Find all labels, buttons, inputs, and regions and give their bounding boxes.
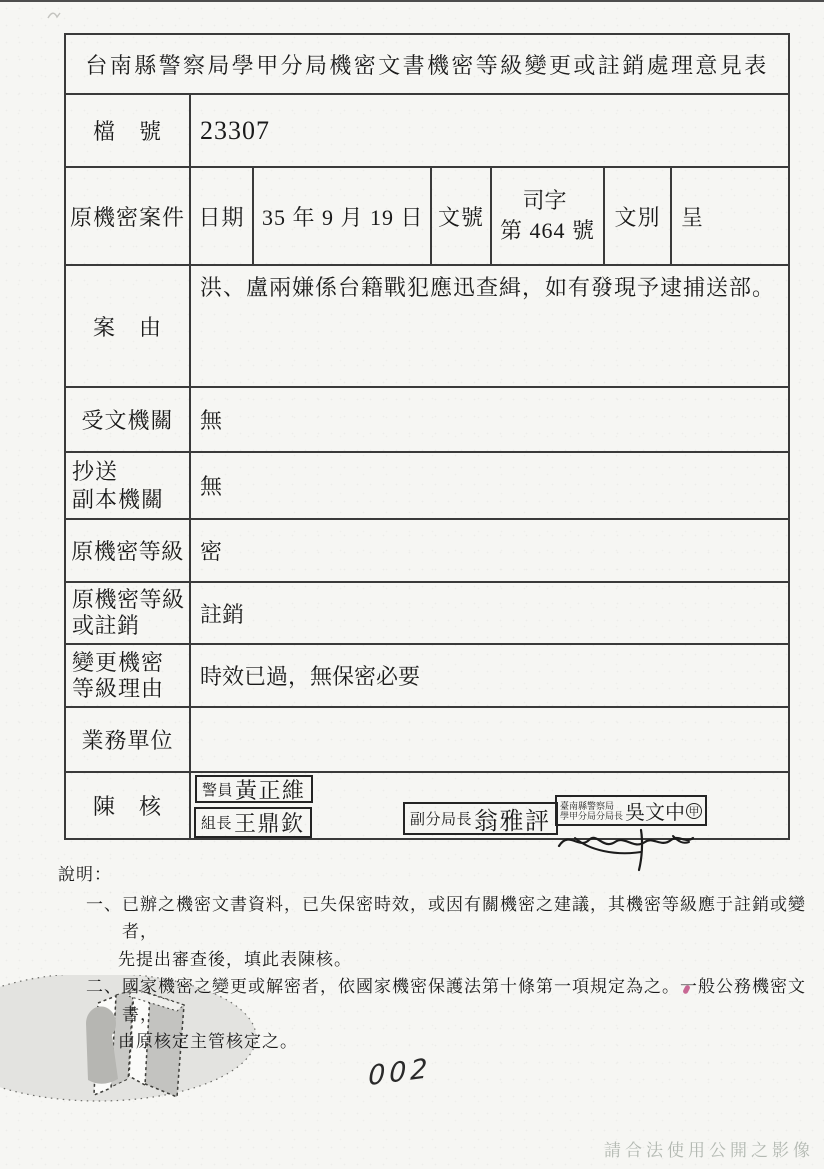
note-item-2: 二、 國家機密之變更或解密者，依國家機密保護法第十條第一項規定為之。一般公務機密…	[86, 973, 806, 1028]
level-change-label: 原機密等級 或註銷	[66, 583, 191, 643]
original-level-label: 原機密等級	[66, 520, 191, 581]
change-reason-value: 時效已過，無保密必要	[191, 645, 788, 706]
change-reason-label-line2: 等級理由	[72, 676, 164, 702]
scanned-document-page: 台南縣警察局學甲分局機密文書機密等級變更或註銷處理意見表 檔 號 23307 原…	[0, 0, 824, 1169]
note-item-2-line2: 由原核定主管核定之。	[118, 1028, 806, 1056]
case-subject-value: 洪、盧兩嫌係台籍戰犯應迅查緝，如有發現予逮捕送部。	[191, 266, 788, 386]
notes-section: 說明： 一、 已辦之機密文書資料，已失保密時效，或因有關機密之建議，其機密等級應…	[58, 861, 806, 1056]
scan-top-edge-artifact	[0, 0, 824, 2]
row-case-subject: 案 由 洪、盧兩嫌係台籍戰犯應迅查緝，如有發現予逮捕送部。	[66, 264, 788, 386]
receiving-agency-value: 無	[191, 388, 788, 451]
business-unit-value	[191, 708, 788, 771]
row-copy-agencies: 抄送 副本機關 無	[66, 451, 788, 518]
case-subject-label: 案 由	[66, 266, 191, 386]
review-label: 陳 核	[66, 773, 191, 838]
copy-agencies-label: 抄送 副本機關	[66, 453, 191, 518]
row-level-change: 原機密等級 或註銷 註銷	[66, 581, 788, 643]
handwritten-signature	[545, 812, 730, 874]
stamp-deputy-chief-name: 翁雅評	[474, 801, 551, 836]
doc-number-prefix: 司字	[522, 186, 566, 216]
row-original-case: 原機密案件 日期 35 年 9 月 19 日 文號 司字 第 464 號 文別 …	[66, 166, 788, 264]
receiving-agency-label: 受文機關	[66, 388, 191, 451]
change-reason-label-line1: 變更機密	[72, 650, 164, 676]
copy-agencies-value: 無	[191, 453, 788, 518]
file-number-value: 23307	[191, 95, 788, 166]
original-level-value: 密	[191, 520, 788, 581]
level-change-label-line1: 原機密等級	[72, 587, 185, 613]
copy-agencies-label-line2: 副本機關	[72, 486, 164, 514]
note-item-1-line2: 先提出審查後，填此表陳核。	[118, 946, 806, 974]
stamp-deputy-chief: 副分局長 翁雅評	[403, 802, 558, 835]
note-item-1: 一、 已辦之機密文書資料，已失保密時效，或因有關機密之建議，其機密等級應于註銷或…	[86, 891, 806, 946]
usage-watermark-text: 請合法使用公開之影像	[604, 1136, 814, 1161]
pencil-mark	[46, 7, 64, 21]
note-item-2-number: 二、	[86, 973, 122, 1028]
doc-number-value: 司字 第 464 號	[492, 168, 605, 264]
stamp-section-chief: 組長 王鼎欽	[194, 807, 312, 838]
level-change-label-line2: 或註銷	[72, 613, 140, 639]
doc-type-label: 文別	[605, 168, 672, 264]
copy-agencies-label-line1: 抄送	[72, 458, 118, 486]
date-value: 35 年 9 月 19 日	[254, 168, 432, 264]
stamp-section-chief-title: 組長	[201, 812, 232, 833]
handwritten-page-number: 002	[368, 1053, 432, 1092]
form-title: 台南縣警察局學甲分局機密文書機密等級變更或註銷處理意見表	[66, 35, 788, 93]
change-reason-label: 變更機密 等級理由	[66, 645, 191, 706]
row-business-unit: 業務單位	[66, 706, 788, 771]
row-receiving-agency: 受文機關 無	[66, 386, 788, 451]
form-table: 台南縣警察局學甲分局機密文書機密等級變更或註銷處理意見表 檔 號 23307 原…	[64, 33, 790, 840]
doc-number-label: 文號	[432, 168, 492, 264]
stamp-officer-name: 黃正維	[235, 774, 306, 805]
file-number-label: 檔 號	[66, 95, 191, 166]
level-change-value: 註銷	[191, 583, 788, 643]
row-file-number: 檔 號 23307	[66, 93, 788, 166]
doc-number-serial: 第 464 號	[492, 216, 595, 246]
stamp-precinct-chief-org-line1: 臺南縣警察局	[560, 801, 623, 811]
stamp-deputy-chief-title: 副分局長	[410, 808, 472, 829]
row-original-level: 原機密等級 密	[66, 518, 788, 581]
business-unit-label: 業務單位	[66, 708, 191, 771]
note-item-1-line1: 已辦之機密文書資料，已失保密時效，或因有關機密之建議，其機密等級應于註銷或變者，	[122, 891, 806, 946]
stamp-officer-title: 警員	[202, 779, 233, 800]
doc-type-value: 呈	[672, 168, 788, 264]
note-item-2-line1: 國家機密之變更或解密者，依國家機密保護法第十條第一項規定為之。一般公務機密文書，	[122, 973, 806, 1028]
row-title: 台南縣警察局學甲分局機密文書機密等級變更或註銷處理意見表	[66, 35, 788, 93]
original-case-label: 原機密案件	[66, 168, 191, 264]
note-item-1-number: 一、	[86, 891, 122, 946]
row-change-reason: 變更機密 等級理由 時效已過，無保密必要	[66, 643, 788, 706]
date-label: 日期	[191, 168, 254, 264]
stamp-officer: 警員 黃正維	[195, 775, 313, 803]
stamp-section-chief-name: 王鼎欽	[234, 807, 305, 838]
